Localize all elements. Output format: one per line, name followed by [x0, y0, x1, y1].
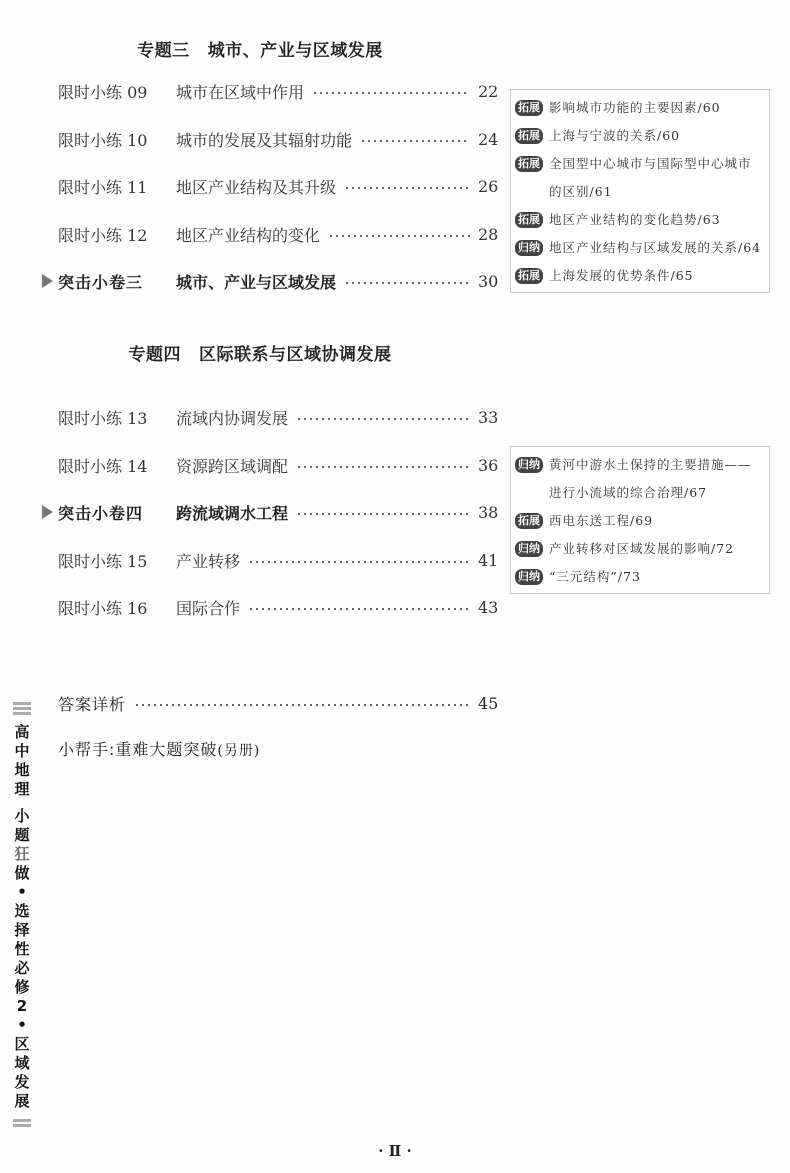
row-page: 22	[478, 82, 498, 101]
dot-leader	[312, 92, 470, 94]
dot-leader	[344, 187, 470, 189]
row-page: 24	[478, 130, 498, 149]
spine-char: 做	[10, 864, 34, 883]
note-text: 上海发展的优势条件/65	[549, 262, 694, 290]
notes-box-section-4: 归纳黄河中游水土保持的主要措施——进行小流域的综合治理/67 拓展西电东送工程/…	[510, 446, 770, 594]
dot-leader	[344, 282, 470, 284]
row-page: 30	[478, 272, 498, 291]
dot-leader	[328, 235, 470, 237]
note-badge: 拓展	[515, 268, 543, 284]
decorative-bar	[13, 707, 31, 710]
note-text: “三元结构”/73	[549, 563, 641, 591]
section-4-prefix: 专题四	[129, 345, 182, 365]
note-item[interactable]: 拓展地区产业结构的变化趋势/63	[511, 206, 769, 234]
note-text: 产业转移对区域发展的影响/72	[549, 535, 734, 563]
section-4-title: 专题四区际联系与区域协调发展	[0, 340, 520, 365]
spine-char: 中	[10, 742, 34, 761]
section-4-name: 区际联系与区域协调发展	[199, 345, 392, 365]
note-item[interactable]: 归纳产业转移对区域发展的影响/72	[511, 535, 769, 563]
row-page: 26	[478, 177, 498, 196]
row-title: 地区产业结构的变化	[176, 223, 320, 246]
note-text: 全国型中心城市与国际型中心城市的区别/61	[549, 150, 752, 206]
helper-title: 小帮手:重难大题突破	[58, 740, 217, 759]
note-text: 影响城市功能的主要因素/60	[549, 94, 721, 122]
helper-booklet: 小帮手:重难大题突破(另册)	[58, 737, 260, 760]
note-text: 西电东送工程/69	[549, 507, 653, 535]
spine-char: 性	[10, 940, 34, 959]
dot-leader	[248, 561, 470, 563]
row-page: 41	[478, 551, 498, 570]
row-title: 产业转移	[176, 549, 240, 572]
note-item[interactable]: 归纳“三元结构”/73	[511, 563, 769, 591]
spine-char: 域	[10, 1054, 34, 1073]
note-badge: 拓展	[515, 100, 543, 116]
note-badge: 拓展	[515, 212, 543, 228]
note-text-line2: 的区别/61	[549, 184, 613, 199]
note-text: 地区产业结构的变化趋势/63	[549, 206, 721, 234]
spine-char: 小	[10, 807, 34, 826]
spine-char: •	[10, 1016, 34, 1035]
toc-row[interactable]: 限时小练 12 地区产业结构的变化 28	[58, 221, 498, 247]
row-page: 33	[478, 408, 498, 427]
dot-leader	[296, 418, 470, 420]
toc-row-quiz[interactable]: 突击小卷三 城市、产业与区域发展 30	[58, 268, 498, 294]
spine-char: 修	[10, 978, 34, 997]
section-3-name: 城市、产业与区域发展	[208, 41, 383, 61]
row-number: 突击小卷四	[58, 501, 176, 524]
note-text-line1: 全国型中心城市与国际型中心城市	[549, 156, 752, 171]
section-3-title: 专题三城市、产业与区域发展	[0, 36, 520, 61]
note-text: 地区产业结构与区域发展的关系/64	[549, 234, 761, 262]
note-text-line2: 进行小流域的综合治理/67	[549, 485, 707, 500]
note-item[interactable]: 归纳黄河中游水土保持的主要措施——进行小流域的综合治理/67	[511, 451, 769, 507]
row-title: 资源跨区域调配	[176, 454, 288, 477]
row-number: 限时小练 11	[58, 175, 176, 198]
note-item[interactable]: 归纳地区产业结构与区域发展的关系/64	[511, 234, 769, 262]
spine-char: 地	[10, 761, 34, 780]
row-title: 跨流域调水工程	[176, 501, 288, 524]
row-number: 限时小练 10	[58, 128, 176, 151]
spine-char: 题	[10, 826, 34, 845]
row-page: 38	[478, 503, 498, 522]
note-item[interactable]: 拓展上海发展的优势条件/65	[511, 262, 769, 290]
dot-leader	[360, 140, 470, 142]
toc-row[interactable]: 限时小练 10 城市的发展及其辐射功能 24	[58, 126, 498, 152]
spine-char: 狂	[10, 845, 34, 864]
toc-row-quiz[interactable]: 突击小卷四 跨流域调水工程 38	[58, 499, 498, 525]
note-badge: 拓展	[515, 513, 543, 529]
spine-char: 区	[10, 1035, 34, 1054]
row-number: 限时小练 16	[58, 596, 176, 619]
note-badge: 归纳	[515, 240, 543, 256]
note-text-line1: 黄河中游水土保持的主要措施——	[549, 457, 752, 472]
note-item[interactable]: 拓展全国型中心城市与国际型中心城市的区别/61	[511, 150, 769, 206]
row-number: 突击小卷三	[58, 270, 176, 293]
spine-char: 理	[10, 780, 34, 799]
toc-row[interactable]: 限时小练 13 流域内协调发展 33	[58, 404, 498, 430]
dot-leader	[248, 608, 470, 610]
note-badge: 归纳	[515, 457, 543, 473]
triangle-marker-icon	[42, 274, 53, 288]
dot-leader	[134, 704, 470, 706]
row-page: 36	[478, 456, 498, 475]
spine-char: 高	[10, 723, 34, 742]
note-item[interactable]: 拓展影响城市功能的主要因素/60	[511, 94, 769, 122]
note-badge: 归纳	[515, 541, 543, 557]
row-page: 43	[478, 598, 498, 617]
dot-leader	[296, 513, 470, 515]
triangle-marker-icon	[42, 505, 53, 519]
row-number: 限时小练 14	[58, 454, 176, 477]
page-number: · Ⅱ ·	[0, 1142, 790, 1160]
note-badge: 拓展	[515, 156, 543, 172]
toc-row-answers[interactable]: 答案详析 45	[58, 690, 498, 716]
row-title: 流域内协调发展	[176, 406, 288, 429]
row-number: 限时小练 15	[58, 549, 176, 572]
row-page: 28	[478, 225, 498, 244]
row-title: 地区产业结构及其升级	[176, 175, 336, 198]
decorative-bar	[13, 712, 31, 715]
note-item[interactable]: 拓展上海与宁波的关系/60	[511, 122, 769, 150]
spine-char: 择	[10, 921, 34, 940]
toc-row[interactable]: 限时小练 11 地区产业结构及其升级 26	[58, 173, 498, 199]
note-text: 黄河中游水土保持的主要措施——进行小流域的综合治理/67	[549, 451, 752, 507]
section-3-prefix: 专题三	[137, 41, 190, 61]
decorative-bar	[13, 702, 31, 705]
spine-char: 必	[10, 959, 34, 978]
answers-page: 45	[478, 694, 498, 713]
spine-char: 展	[10, 1092, 34, 1111]
spine-char: 选	[10, 902, 34, 921]
toc-row[interactable]: 限时小练 09 城市在区域中作用 22	[58, 78, 498, 104]
note-text: 上海与宁波的关系/60	[549, 122, 680, 150]
decorative-bar	[13, 1124, 31, 1127]
row-number: 限时小练 12	[58, 223, 176, 246]
spine-char: •	[10, 883, 34, 902]
spine-label: 高 中 地 理 小 题 狂 做 • 选 择 性 必 修 2 • 区 域 发 展	[10, 700, 34, 1129]
note-item[interactable]: 拓展西电东送工程/69	[511, 507, 769, 535]
notes-box-section-3: 拓展影响城市功能的主要因素/60 拓展上海与宁波的关系/60 拓展全国型中心城市…	[510, 89, 770, 293]
helper-note: (另册)	[217, 743, 260, 759]
answers-title: 答案详析	[58, 692, 126, 715]
row-title: 城市的发展及其辐射功能	[176, 128, 352, 151]
toc-row[interactable]: 限时小练 15 产业转移 41	[58, 547, 498, 573]
row-title: 国际合作	[176, 596, 240, 619]
note-badge: 拓展	[515, 128, 543, 144]
toc-row[interactable]: 限时小练 16 国际合作 43	[58, 594, 498, 620]
row-number: 限时小练 09	[58, 80, 176, 103]
row-title: 城市在区域中作用	[176, 80, 304, 103]
spine-char: 发	[10, 1073, 34, 1092]
toc-row[interactable]: 限时小练 14 资源跨区域调配 36	[58, 452, 498, 478]
row-number: 限时小练 13	[58, 406, 176, 429]
spine-char: 2	[10, 997, 34, 1016]
note-badge: 归纳	[515, 569, 543, 585]
row-title: 城市、产业与区域发展	[176, 270, 336, 293]
dot-leader	[296, 466, 470, 468]
decorative-bar	[13, 1119, 31, 1122]
